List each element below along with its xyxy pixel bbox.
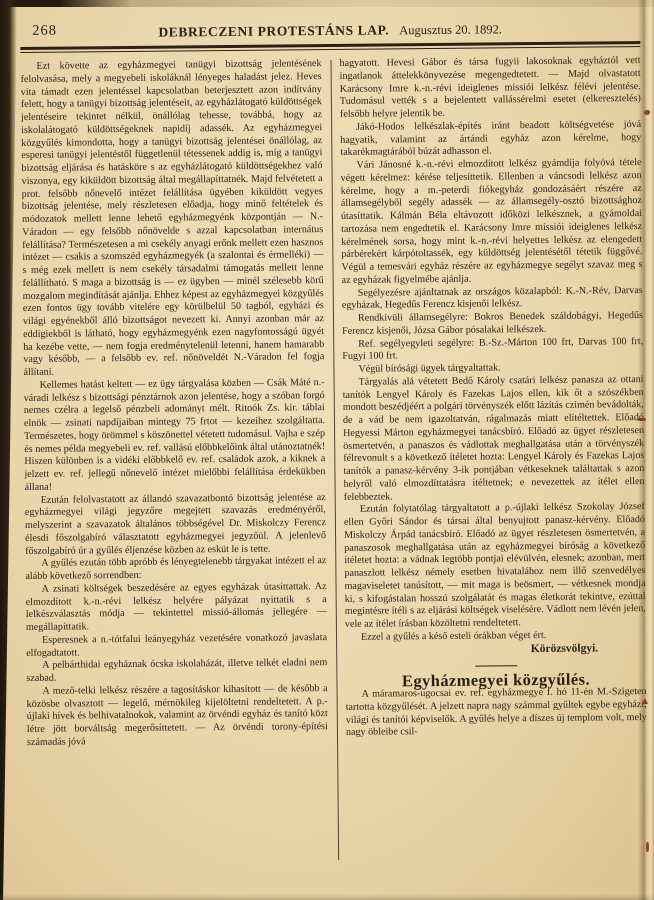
article-paragraph: Ref. segélyegyleti segélyre: B.-Sz.-Márt… [342,336,643,364]
right-fold-crease [638,0,654,900]
article-paragraph: A máramaros-ugocsai ev. ref. egyházmegye… [346,686,647,740]
bottom-edge-shadow [0,894,654,900]
article-paragraph: Jákó-Hodos lelkészlak-építés iránt beado… [340,119,641,160]
article-paragraph: Esperesnek a n.-tótfalui leányegyház vez… [26,632,327,660]
article-paragraph: Segélyezésre ajánltatnak az országos köz… [342,285,643,313]
stain-mark [637,418,646,421]
article-paragraph: Ezután folytatólag tárgyaltatott a p.-új… [344,501,646,631]
newspaper-page: 268 DEBRECZENI PROTESTÁNS LAP. Augusztus… [0,0,654,900]
article-paragraph: hagyatott. Hevesi Gábor és társa fugyii … [339,55,641,122]
page-header: 268 DEBRECZENI PROTESTÁNS LAP. Augusztus… [20,6,640,43]
article-paragraph: Vári Jánosné k.-n.-révi elmozdított lelk… [340,157,642,287]
article-paragraph: A mező-telki lelkész részére a tagosítás… [26,683,328,750]
right-column: hagyatott. Hevesi Gábor és társa fugyii … [339,55,648,870]
left-column: Ezt követte az egyházmegyei tanügyi bizo… [20,58,329,873]
article-paragraph: A zsinati költségek beszedésére az egyes… [26,581,327,635]
stain-mark [646,842,649,852]
newspaper-scan: { "colors": { "paper": "#e9d6ab", "paper… [0,0,654,900]
article-paragraph: Kellemes hatást keltett — ez ügy tárgyal… [24,377,326,495]
left-edge-shadow [0,0,17,900]
masthead-title: DEBRECZENI PROTESTÁNS LAP. [158,22,389,39]
header-double-rule [20,41,640,53]
page-number: 268 [32,23,57,40]
article-paragraph: A gyűlés ezután több apróbb és lényegtel… [25,555,326,583]
column-divider-rule [330,60,339,860]
issue-date: Augusztus 20. 1892. [399,22,502,37]
article-paragraph: Rendkivüli államsegélyre: Bokros Benedek… [342,310,643,338]
article-paragraph: A pelbárthidai egyháznak ócska iskolaház… [26,657,327,685]
top-edge-shadow [0,0,654,7]
page-content: 268 DEBRECZENI PROTESTÁNS LAP. Augusztus… [20,6,648,873]
masthead: DEBRECZENI PROTESTÁNS LAP. Augusztus 20.… [20,6,640,43]
article-paragraph: Ezt követte az egyházmegyei tanügyi bizo… [20,58,324,380]
article-paragraph: Tárgyalás alá vétetett Bedő Károly csatá… [343,374,645,504]
article-columns: Ezt követte az egyházmegyei tanügyi bizo… [20,55,648,873]
article-paragraph: Ezután felolvastatott az állandó szavaza… [25,492,327,559]
section-divider-rule [475,665,517,666]
